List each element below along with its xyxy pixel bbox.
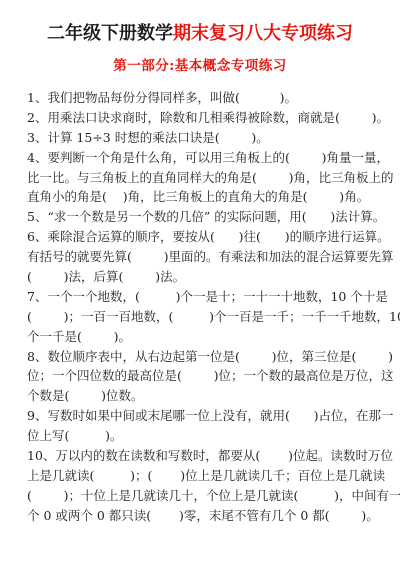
question-line: ( )；一百一百地数，( )个一百是一千；一千一千地数，10	[27, 307, 390, 327]
question-9: 9、写数时如果中间或末尾哪一位上没有，就用( )占位，在那一 位上写( )。	[27, 406, 390, 446]
question-line: 有括号的就要先算( )里面的。有乘法和加法的混合运算要先算	[27, 247, 390, 267]
question-line: 9、写数时如果中间或末尾哪一位上没有，就用( )占位，在那一	[27, 406, 390, 426]
question-line: 3、计算 15÷3 时想的乘法口诀是( )。	[27, 128, 390, 148]
question-line: ( )法，后算( )法。	[27, 267, 390, 287]
question-5: 5、“求一个数是另一个数的几倍” 的实际问题，用( )法计算。	[27, 207, 390, 227]
question-6: 6、乘除混合运算的顺序，要按从( )往( )的顺序进行运算。 有括号的就要先算(…	[27, 227, 390, 287]
worksheet-page: 二年级下册数学期末复习八大专项练习 第一部分:基本概念专项练习 1、我们把物品每…	[0, 0, 400, 566]
question-1: 1、我们把物品每份分得同样多，叫做( )。	[27, 88, 390, 108]
question-line: 8、数位顺序表中，从右边起第一位是( )位，第三位是( )	[27, 347, 390, 367]
question-line: 1、我们把物品每份分得同样多，叫做( )。	[27, 88, 390, 108]
section-subtitle: 第一部分:基本概念专项练习	[0, 54, 400, 74]
question-line: 个数是( )位数。	[27, 386, 390, 406]
question-line: 2、用乘法口诀求商时，除数和几相乘得被除数，商就是( )。	[27, 108, 390, 128]
question-line: 位上写( )。	[27, 426, 390, 446]
question-7: 7、一个一个地数，( )个一是十；一十一十地数，10 个十是 ( )；一百一百地…	[27, 287, 390, 347]
question-line: ( )；十位上是几就读几十，个位上是几就读( )，中间有一	[27, 486, 390, 506]
question-line: 4、要判断一个角是什么角，可以用三角板上的( )角量一量，	[27, 148, 390, 168]
question-line: 个一千是( )。	[27, 327, 390, 347]
question-line: 位；一个四位数的最高位是( )位；一个数的最高位是万位，这	[27, 366, 390, 386]
question-line: 7、一个一个地数，( )个一是十；一十一十地数，10 个十是	[27, 287, 390, 307]
question-line: 比一比。与三角板上的直角同样大的角是( )角，比三角板上的	[27, 168, 390, 188]
page-title: 二年级下册数学期末复习八大专项练习	[0, 0, 400, 45]
question-2: 2、用乘法口诀求商时，除数和几相乘得被除数，商就是( )。	[27, 108, 390, 128]
page-title-black-part: 二年级下册数学	[47, 23, 173, 44]
page-title-red-part: 期末复习八大专项练习	[173, 23, 353, 44]
question-line: 个 0 或两个 0 都只读( )零，末尾不管有几个 0 都( )。	[27, 506, 390, 526]
question-4: 4、要判断一个角是什么角，可以用三角板上的( )角量一量， 比一比。与三角板上的…	[27, 148, 390, 208]
question-8: 8、数位顺序表中，从右边起第一位是( )位，第三位是( ) 位；一个四位数的最高…	[27, 347, 390, 407]
question-line: 上是几就读( )；( )位上是几就读几千；百位上是几就读	[27, 466, 390, 486]
question-10: 10、万以内的数在读数和写数时，都要从( )位起。读数时万位 上是几就读( )；…	[27, 446, 390, 526]
question-line: 直角小的角是( )角，比三角板上的直角大的角是( )角。	[27, 187, 390, 207]
questions-list: 1、我们把物品每份分得同样多，叫做( )。 2、用乘法口诀求商时，除数和几相乘得…	[0, 88, 400, 526]
question-line: 5、“求一个数是另一个数的几倍” 的实际问题，用( )法计算。	[27, 207, 390, 227]
question-3: 3、计算 15÷3 时想的乘法口诀是( )。	[27, 128, 390, 148]
question-line: 6、乘除混合运算的顺序，要按从( )往( )的顺序进行运算。	[27, 227, 390, 247]
question-line: 10、万以内的数在读数和写数时，都要从( )位起。读数时万位	[27, 446, 390, 466]
